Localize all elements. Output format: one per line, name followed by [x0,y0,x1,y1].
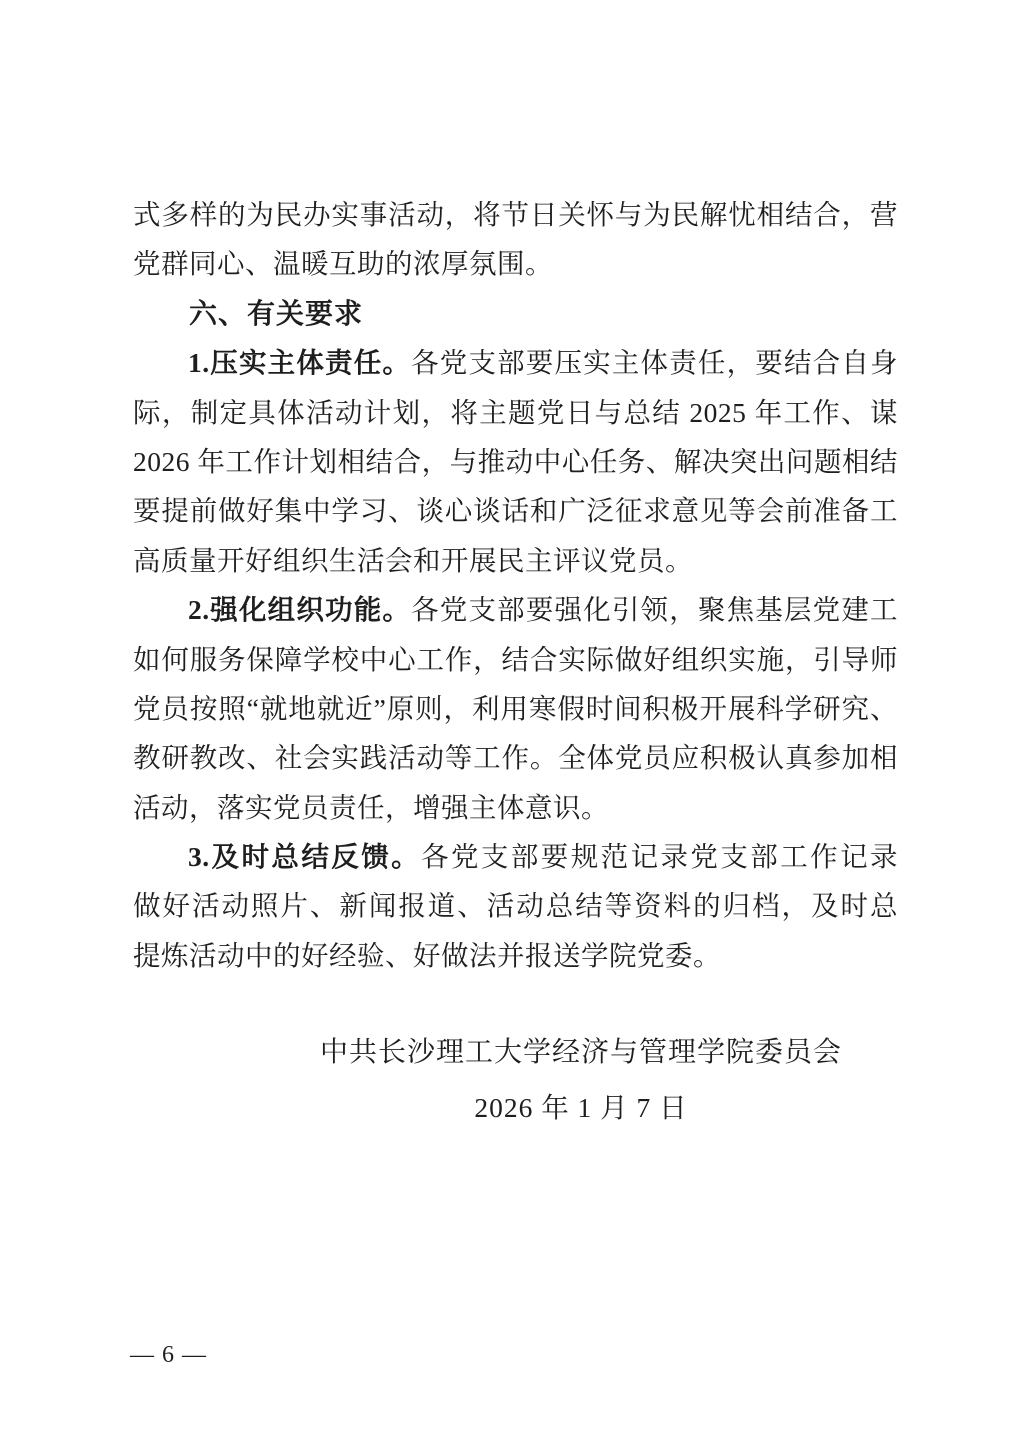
document-body: 式多样的为民办实事活动，将节日关怀与为民解忧相结合，营造 党群同心、温暖互助的浓… [133,190,898,980]
signature-line: 中共长沙理工大学经济与管理学院委员会 [261,1028,901,1077]
body-line: 高质量开好组织生活会和开展民主评议党员。 [133,536,898,585]
body-line: 教研教改、社会实践活动等工作。全体党员应积极认真参加相关 [133,733,898,782]
page-number: — 6 — [130,1340,207,1370]
body-line: 2.强化组织功能。各党支部要强化引领，聚焦基层党建工作 [133,585,898,634]
body-line: 活动，落实党员责任，增强主体意识。 [133,783,898,832]
body-line: 要提前做好集中学习、谈心谈话和广泛征求意见等会前准备工作， [133,486,898,535]
body-line: 如何服务保障学校中心工作，结合实际做好组织实施，引导师生 [133,635,898,684]
section-heading: 六、有关要求 [133,289,898,338]
body-line: 式多样的为民办实事活动，将节日关怀与为民解忧相结合，营造 [133,190,898,239]
body-line: 党员按照“就地就近”原则，利用寒假时间积极开展科学研究、 [133,684,898,733]
body-line: 提炼活动中的好经验、好做法并报送学院党委。 [133,931,898,980]
body-line: 党群同心、温暖互助的浓厚氛围。 [133,239,898,288]
body-line: 做好活动照片、新闻报道、活动总结等资料的归档，及时总结、 [133,881,898,930]
item-1-lead: 1.压实主体责任。 [188,347,411,378]
item-3-lead: 3.及时总结反馈。 [188,841,421,872]
body-line: 3.及时总结反馈。各党支部要规范记录党支部工作记录本， [133,832,898,881]
body-line: 2026 年工作计划相结合，与推动中心任务、解决突出问题相结合。 [133,437,898,486]
body-line: 际，制定具体活动计划，将主题党日与总结 2025 年工作、谋划 [133,388,898,437]
date-line: 2026 年 1 月 7 日 [261,1083,901,1132]
item-2-lead: 2.强化组织功能。 [188,594,411,625]
closing-block: 中共长沙理工大学经济与管理学院委员会 2026 年 1 月 7 日 [261,1028,901,1132]
body-line: 1.压实主体责任。各党支部要压实主体责任，要结合自身实 [133,338,898,387]
document-page: 式多样的为民办实事活动，将节日关怀与为民解忧相结合，营造 党群同心、温暖互助的浓… [0,0,1024,1448]
